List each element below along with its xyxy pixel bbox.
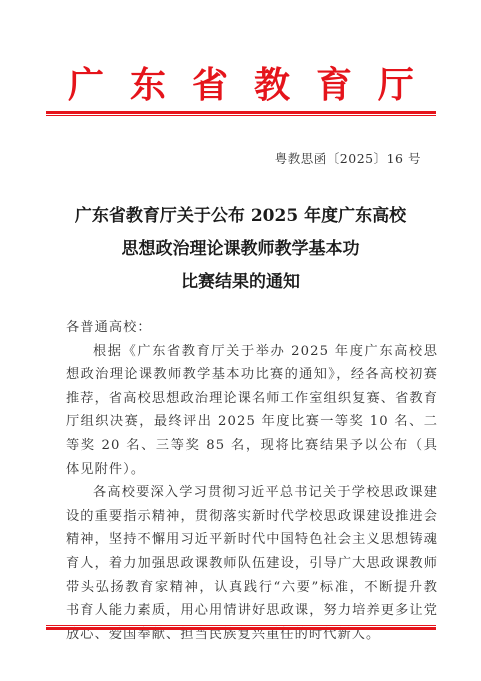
masthead-red-rule-thin <box>46 115 436 116</box>
masthead-char: 省 <box>192 62 228 108</box>
document-number: 粤教思函〔2025〕16 号 <box>275 149 421 167</box>
masthead-title: 广 东 省 教 育 厅 <box>68 62 414 108</box>
masthead-char: 厅 <box>378 62 414 108</box>
title-line: 广东省教育厅关于公布 2025 年度广东高校 <box>0 200 481 233</box>
body-paragraph: 各高校要深入学习贯彻习近平总书记关于学校思政课建设的重要指示精神，贯彻落实新时代… <box>66 481 438 646</box>
masthead-red-rule-thick <box>46 111 436 114</box>
document-body: 各普通高校： 根据《广东省教育厅关于举办 2025 年度广东高校思想政治理论课教… <box>66 316 438 646</box>
footer-red-rule-thin <box>46 625 436 626</box>
masthead-char: 东 <box>130 62 166 108</box>
salutation: 各普通高校： <box>66 316 438 340</box>
footer-red-rule-thick <box>46 627 436 630</box>
masthead-char: 广 <box>68 62 104 108</box>
masthead-char: 教 <box>254 62 290 108</box>
title-line: 比赛结果的通知 <box>0 266 481 299</box>
document-title: 广东省教育厅关于公布 2025 年度广东高校 思想政治理论课教师教学基本功 比赛… <box>0 200 481 299</box>
masthead: 广 东 省 教 育 厅 <box>46 62 436 108</box>
masthead-char: 育 <box>316 62 352 108</box>
title-line: 思想政治理论课教师教学基本功 <box>0 233 481 266</box>
body-paragraph: 根据《广东省教育厅关于举办 2025 年度广东高校思想政治理论课教师教学基本功比… <box>66 340 438 482</box>
